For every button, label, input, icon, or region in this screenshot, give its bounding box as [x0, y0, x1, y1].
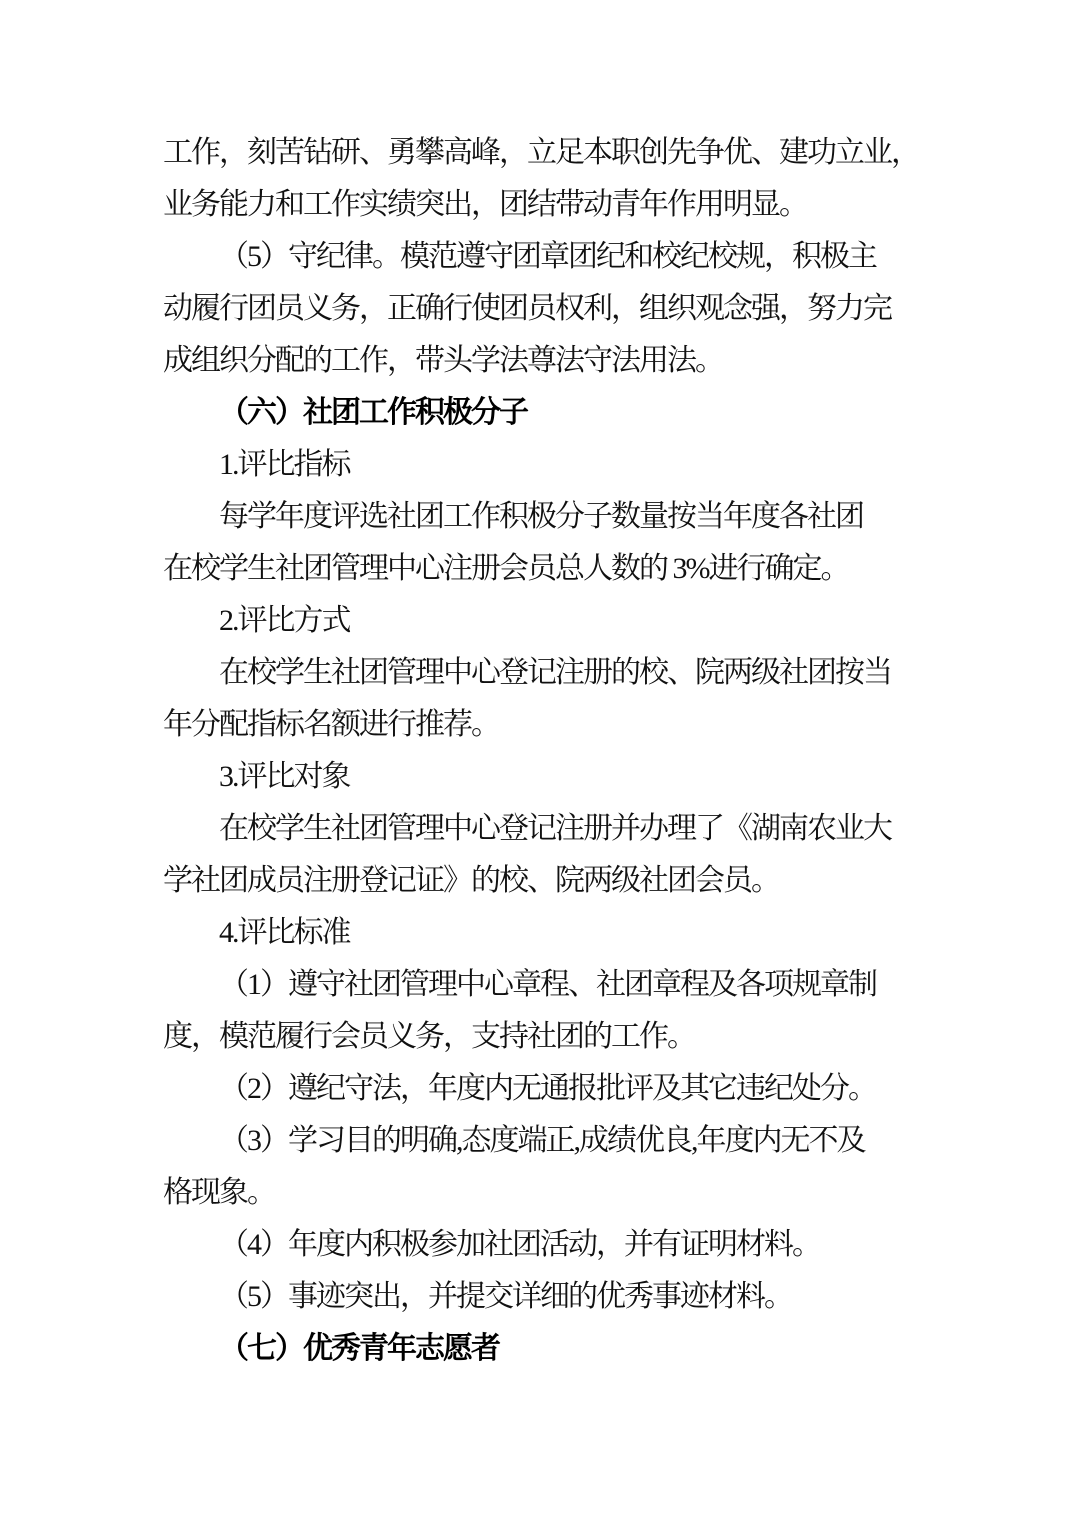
text-line: 1.评比指标 — [163, 439, 954, 491]
text-line: 工作，刻苦钻研、勇攀高峰，立足本职创先争优、建功立业， — [163, 127, 954, 179]
section-heading: （六）社团工作积极分子 — [163, 387, 954, 439]
text-line: （1）遵守社团管理中心章程、社团章程及各项规章制 — [163, 959, 954, 1011]
document-page: 工作，刻苦钻研、勇攀高峰，立足本职创先争优、建功立业，业务能力和工作实绩突出，团… — [0, 0, 1074, 1520]
text-line: （2）遵纪守法，年度内无通报批评及其它违纪处分。 — [163, 1063, 954, 1115]
text-line: （4）年度内积极参加社团活动，并有证明材料。 — [163, 1219, 954, 1271]
text-line: 年分配指标名额进行推荐。 — [163, 699, 954, 751]
text-line: 在校学生社团管理中心注册会员总人数的 3%进行确定。 — [163, 543, 954, 595]
text-line: （5）守纪律。模范遵守团章团纪和校纪校规，积极主 — [163, 231, 954, 283]
text-line: （3）学习目的明确,态度端正,成绩优良,年度内无不及 — [163, 1115, 954, 1167]
text-line: 每学年度评选社团工作积极分子数量按当年度各社团 — [163, 491, 954, 543]
text-line: 学社团成员注册登记证》的校、院两级社团会员。 — [163, 855, 954, 907]
document-body: 工作，刻苦钻研、勇攀高峰，立足本职创先争优、建功立业，业务能力和工作实绩突出，团… — [163, 127, 954, 1375]
text-line: （5）事迹突出，并提交详细的优秀事迹材料。 — [163, 1271, 954, 1323]
text-line: 度，模范履行会员义务，支持社团的工作。 — [163, 1011, 954, 1063]
text-line: 业务能力和工作实绩突出，团结带动青年作用明显。 — [163, 179, 954, 231]
text-line: 动履行团员义务，正确行使团员权利，组织观念强，努力完 — [163, 283, 954, 335]
text-line: 2.评比方式 — [163, 595, 954, 647]
text-line: 成组织分配的工作，带头学法尊法守法用法。 — [163, 335, 954, 387]
text-line: 在校学生社团管理中心登记注册的校、院两级社团按当 — [163, 647, 954, 699]
text-line: 3.评比对象 — [163, 751, 954, 803]
section-heading: （七）优秀青年志愿者 — [163, 1323, 954, 1375]
text-line: 4.评比标准 — [163, 907, 954, 959]
text-line: 在校学生社团管理中心登记注册并办理了《湖南农业大 — [163, 803, 954, 855]
text-line: 格现象。 — [163, 1167, 954, 1219]
